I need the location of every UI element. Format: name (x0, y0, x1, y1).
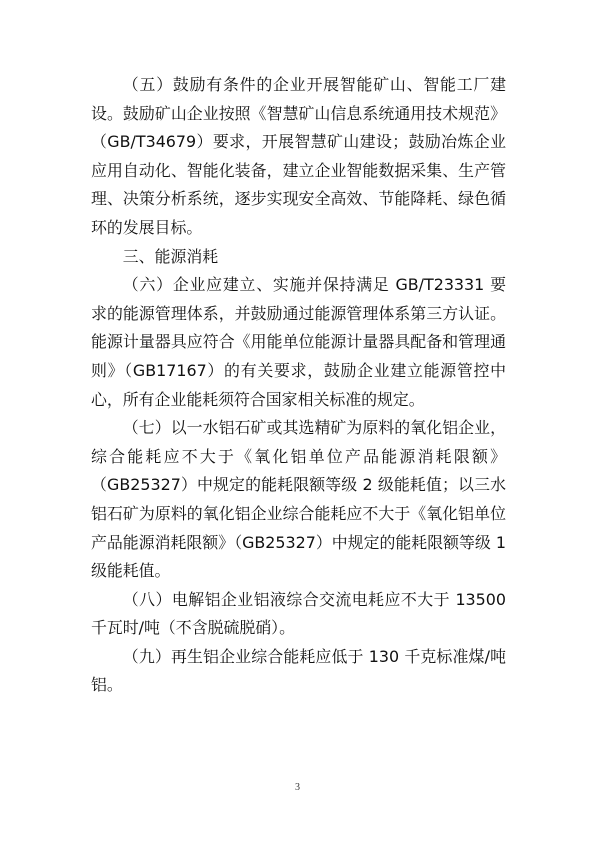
document-page: （五）鼓励有条件的企业开展智能矿山、智能工厂建设。鼓励矿山企业按照《智慧矿山信息… (0, 0, 595, 841)
paragraph-5-smart-mining: （五）鼓励有条件的企业开展智能矿山、智能工厂建设。鼓励矿山企业按照《智慧矿山信息… (91, 71, 506, 243)
page-number: 3 (0, 782, 595, 793)
paragraph-6-energy-management: （六）企业应建立、实施并保持满足 GB/T23331 要求的能源管理体系，并鼓励… (91, 271, 506, 414)
paragraph-8-electrolytic-aluminum: （八）电解铝企业铝液综合交流电耗应不大于 13500 千瓦时/吨（不含脱硫脱硝）… (91, 586, 506, 643)
paragraph-9-recycled-aluminum: （九）再生铝企业综合能耗应低于 130 千克标准煤/吨铝。 (91, 643, 506, 700)
paragraph-7-alumina-energy: （七）以一水铝石矿或其选精矿为原料的氧化铝企业，综合能耗应不大于《氧化铝单位产品… (91, 414, 506, 586)
section-heading-energy-consumption: 三、能源消耗 (91, 243, 506, 272)
document-body: （五）鼓励有条件的企业开展智能矿山、智能工厂建设。鼓励矿山企业按照《智慧矿山信息… (91, 71, 506, 700)
